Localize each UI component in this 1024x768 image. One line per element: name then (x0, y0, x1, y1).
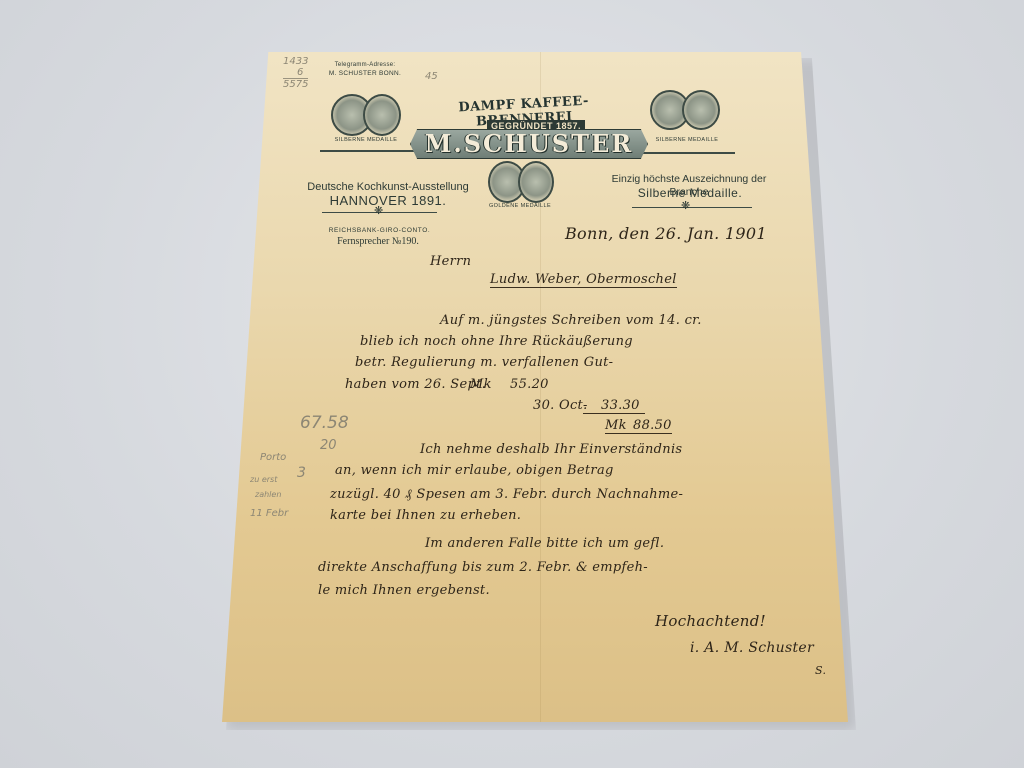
ledger-row-1: Mk55.20 (470, 377, 549, 392)
body-line: an, wenn ich mir erlaube, obigen Betrag (335, 463, 614, 478)
body-line: betr. Regulierung m. verfallenen Gut- (355, 355, 613, 370)
ledger-total: Mk88.50 (605, 418, 672, 433)
ledger-total-entry: Mk88.50 (605, 418, 672, 434)
bank-account: REICHSBANK-GIRO-CONTO. (322, 227, 437, 234)
telegram-address: M. SCHUSTER BONN. (320, 70, 410, 77)
salutation: Herrn (430, 254, 471, 269)
margin-note: zu erst (250, 475, 277, 484)
ledger-amount: 33.30 (601, 398, 640, 413)
medal-right-ribbon: SILBERNE MEDAILLE (652, 137, 722, 143)
margin-note: 11 Febr (250, 508, 288, 519)
margin-sum-1: 67.58 (300, 413, 349, 433)
ledger-entry: -33.30 (583, 398, 645, 414)
ledger-currency: Mk (470, 377, 510, 392)
pencil-number: 5575 (283, 78, 308, 90)
body-line: Auf m. jüngstes Schreiben vom 14. cr. (440, 313, 702, 328)
pencil-note-top-left: 1433 6 5575 (283, 56, 308, 90)
closing: Hochachtend! (655, 612, 766, 630)
body-line: Im anderen Falle bitte ich um gefl. (425, 536, 664, 551)
medal-center-2-icon (518, 161, 554, 203)
initial: S. (815, 664, 826, 677)
ledger-amount: 55.20 (510, 377, 549, 392)
recipient-text: Ludw. Weber, Obermoschel (490, 272, 677, 288)
margin-sum-2: 20 (320, 438, 337, 453)
phone-number: Fernsprecher №190. (318, 236, 438, 247)
asterism-icon: ❋ (374, 204, 383, 217)
pencil-number: 1433 (283, 56, 308, 67)
signature: i. A. M. Schuster (690, 640, 814, 656)
ledger-currency: - (583, 398, 601, 413)
recipient: Ludw. Weber, Obermoschel (490, 272, 677, 287)
ornament-rule (640, 152, 735, 154)
pencil-note-top-mid: 45 (425, 71, 438, 82)
medal-left-2-icon (363, 94, 401, 136)
company-name: M.SCHUSTER (410, 129, 648, 159)
medal-right-2-icon (682, 90, 720, 130)
margin-note: zahlen (255, 490, 281, 499)
ornament-rule (320, 150, 420, 152)
telegram-label: Telegramm-Adresse: (320, 62, 410, 68)
body-line: direkte Anschaffung bis zum 2. Febr. & e… (318, 560, 648, 575)
body-line: le mich Ihnen ergebenst. (318, 583, 490, 598)
ledger-row-2: 30. Oct.-33.30 (533, 398, 645, 414)
body-line: karte bei Ihnen zu erheben. (330, 508, 521, 523)
ledger-currency: Mk (605, 418, 633, 433)
ledger-amount: 88.50 (633, 418, 672, 433)
left-award-line2: HANNOVER 1891. (313, 193, 463, 208)
margin-note: 3 (297, 465, 306, 481)
margin-note: Porto (260, 452, 286, 463)
asterism-icon: ❋ (681, 199, 690, 212)
medal-left-ribbon: SILBERNE MEDAILLE (330, 137, 402, 143)
right-award-line2: Silberne Medaille. (620, 186, 760, 200)
place-date: Bonn, den 26. Jan. 1901 (565, 224, 767, 243)
body-line: haben vom 26. Sept. (345, 377, 486, 392)
divider (632, 207, 752, 208)
body-line: zuzügl. 40 ₰ Spesen am 3. Febr. durch Na… (330, 486, 683, 502)
medal-center-ribbon: GOLDENE MEDAILLE (487, 203, 553, 209)
pencil-number: 6 (283, 67, 308, 78)
ledger-date: 30. Oct. (533, 398, 583, 413)
body-line: blieb ich noch ohne Ihre Rückäußerung (360, 334, 633, 349)
body-line: Ich nehme deshalb Ihr Einverständnis (420, 442, 682, 457)
